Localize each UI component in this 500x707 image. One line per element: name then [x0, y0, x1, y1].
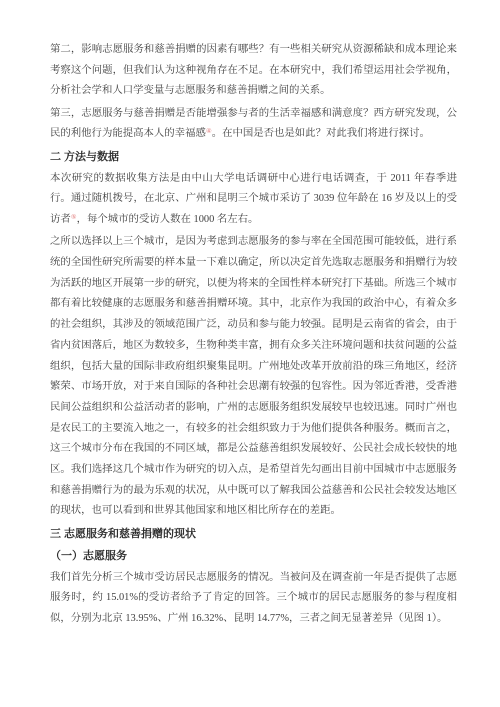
subsection-heading-volunteer-service: （一）志愿服务 — [50, 546, 457, 567]
paragraph-text: 。在中国是否也是如此？对此我们将进行探讨。 — [212, 128, 430, 139]
paragraph-question3-wellbeing: 第三，志愿服务与慈善捐赠是否能增强参与者的生活幸福感和满意度？西方研究发现，公民… — [50, 104, 457, 145]
paragraph-text: ，每个城市的受访人数在 1000 名左右。 — [77, 214, 259, 225]
document-page: 第二，影响志愿服务和慈善捐赠的因素有哪些？有一些相关研究从资源稀缺和成本理论来考… — [0, 0, 500, 707]
section-heading-methods-and-data: 二 方法与数据 — [50, 147, 457, 168]
section-heading-current-status: 三 志愿服务和慈善捐赠的现状 — [50, 524, 457, 545]
paragraph-volunteer-overview: 我们首先分析三个城市受访居民志愿服务的情况。当被问及在调查前一年是否提供了志愿服… — [50, 568, 457, 630]
paragraph-question2-factors: 第二，影响志愿服务和慈善捐赠的因素有哪些？有一些相关研究从资源稀缺和成本理论来考… — [50, 40, 457, 102]
paragraph-method-survey: 本次研究的数据收集方法是由中山大学电话调研中心进行电话调查，于 2011 年春季… — [50, 169, 457, 231]
paragraph-city-selection: 之所以选择以上三个城市，是因为考虑到志愿服务的参与率在全国范围可能较低，进行系统… — [50, 232, 457, 522]
